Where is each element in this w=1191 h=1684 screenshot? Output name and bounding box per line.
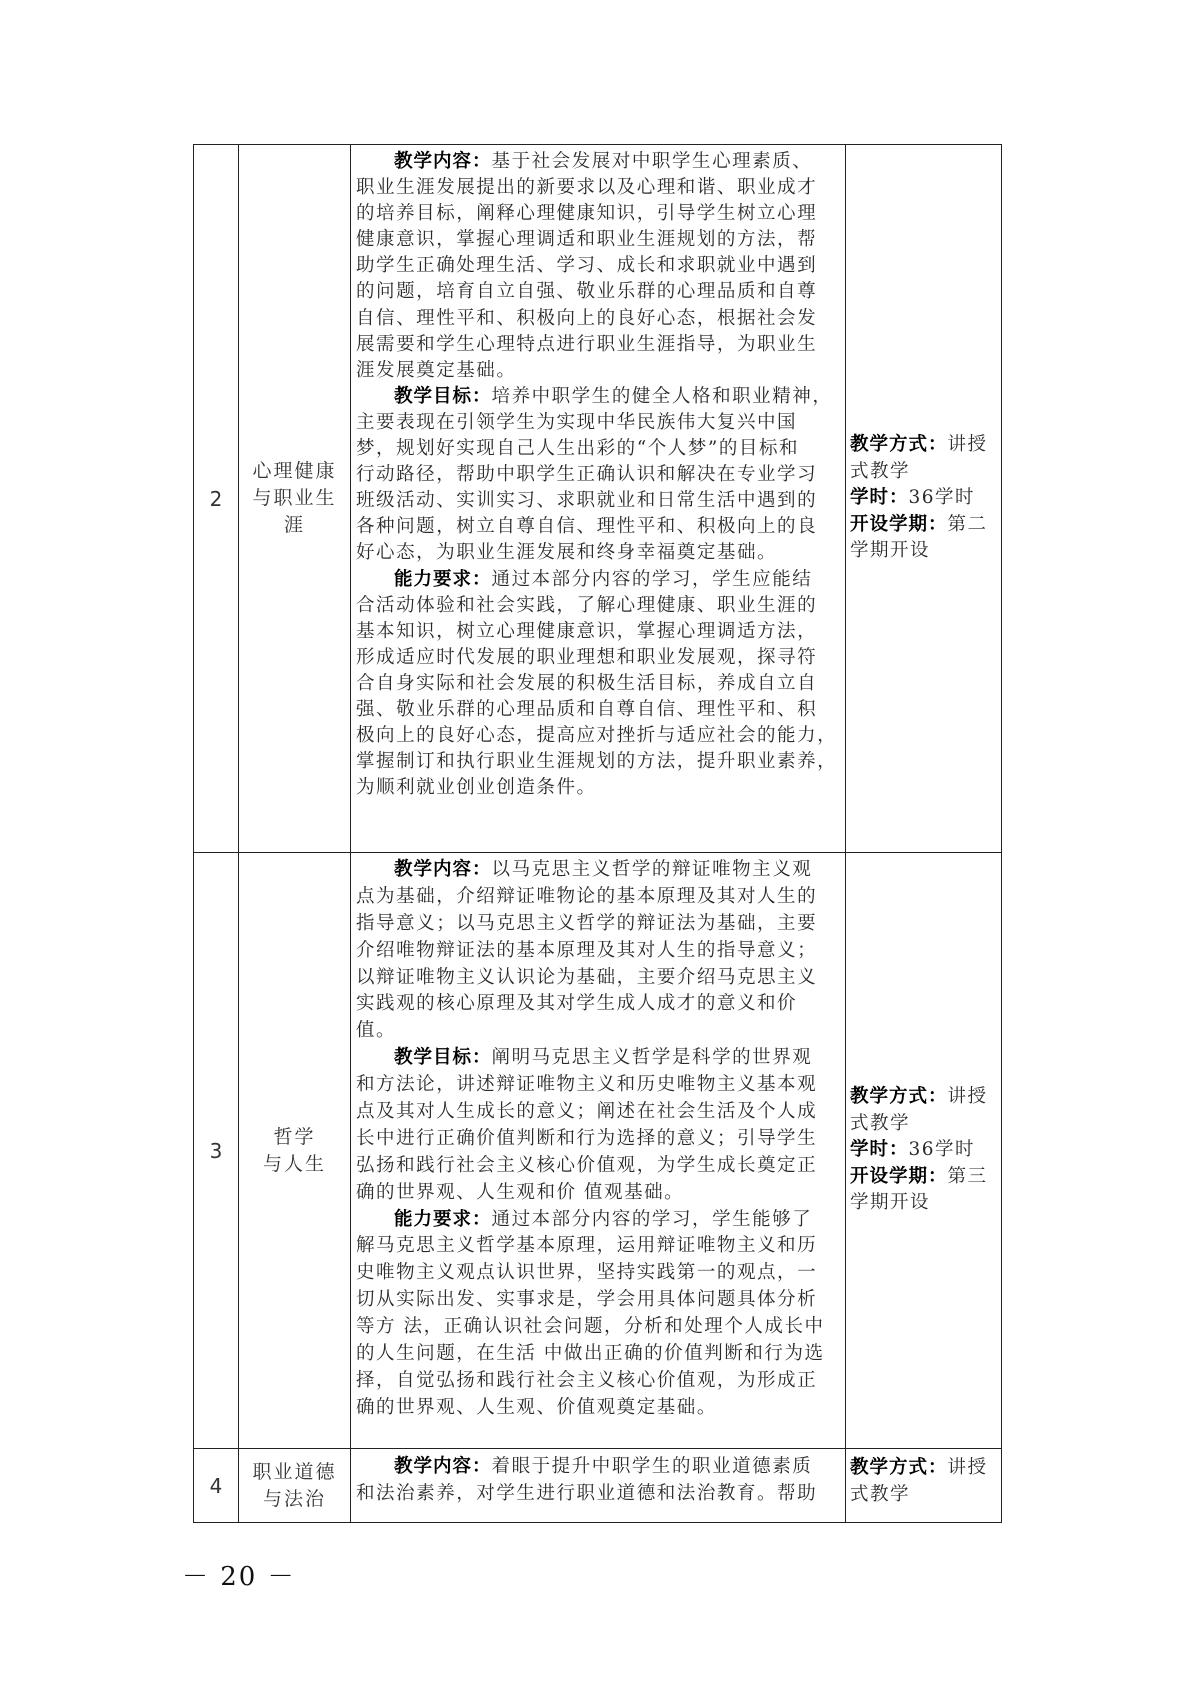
- ability-line: 的人生问题，在生活 中做出正确的价值判断和行为选: [356, 1341, 841, 1368]
- table-row: 3 哲学 与人生 教学内容：以马克思主义哲学的辩证唯物主义观 点为基础，介绍辩证…: [194, 853, 1002, 1449]
- course-name: 哲学 与人生: [239, 853, 351, 1449]
- course-name: 心理健康 与职业生 涯: [239, 145, 351, 853]
- course-info: 教学方式：讲授 式教学: [846, 1449, 1002, 1523]
- table-row: 2 心理健康 与职业生 涯 教学内容：基于社会发展对中职学生心理素质、 职业生涯…: [194, 145, 1002, 853]
- content-label: 教学内容：: [394, 1456, 492, 1477]
- ability-line: 合自身实际和社会发展的积极生活目标，养成自立自: [356, 671, 841, 697]
- content-label: 教学内容：: [394, 859, 492, 880]
- content-line: 涯发展奠定基础。: [356, 358, 841, 384]
- course-info: 教学方式：讲授 式教学 学时：36学时 开设学期：第三 学期开设: [846, 853, 1002, 1449]
- ability-line: 基本知识，树立心理健康意识，掌握心理调适方法，: [356, 619, 841, 645]
- goal-line: 好心态，为职业生涯发展和终身幸福奠定基础。: [356, 540, 841, 566]
- ability-line: 强、敬业乐群的心理品质和自尊自信、理性平和、积: [356, 697, 841, 723]
- course-name: 职业道德 与法治: [239, 1449, 351, 1523]
- goal-line: 班级活动、实训实习、求职就业和日常生活中遇到的: [356, 488, 841, 514]
- table-row: 4 职业道德 与法治 教学内容：着眼于提升中职学生的职业道德素质 和法治素养，对…: [194, 1449, 1002, 1523]
- ability-line: 能力要求：通过本部分内容的学习，学生应能结: [356, 567, 841, 593]
- semester-label: 开设学期：: [850, 514, 948, 535]
- method-label: 教学方式：: [850, 434, 948, 455]
- hours-line: 学时：36学时: [850, 1137, 998, 1164]
- method-line: 教学方式：讲授: [850, 432, 998, 459]
- ability-line: 等方 法，正确认识社会问题，分析和处理个人成长中: [356, 1314, 841, 1341]
- method-label: 教学方式：: [850, 1457, 948, 1478]
- ability-label: 能力要求：: [394, 1209, 492, 1230]
- content-label: 教学内容：: [394, 151, 492, 172]
- goal-line: 行动路径，帮助中职学生正确认识和解决在专业学习: [356, 462, 841, 488]
- content-line: 教学内容：着眼于提升中职学生的职业道德素质: [356, 1453, 841, 1480]
- row-number: 2: [194, 145, 239, 853]
- ability-line: 确的世界观、人生观、价值观奠定基础。: [356, 1395, 841, 1422]
- course-name-line: 哲学: [273, 1126, 315, 1148]
- goal-line: 和方法论，讲述辩证唯物主义和历史唯物主义基本观: [356, 1072, 841, 1099]
- course-name-line: 涯: [284, 514, 305, 536]
- semester-label: 开设学期：: [850, 1166, 948, 1187]
- semester-line: 学期开设: [850, 1190, 998, 1217]
- method-line: 教学方式：讲授: [850, 1455, 998, 1482]
- semester-line: 开设学期：第三: [850, 1164, 998, 1191]
- document-page: 2 心理健康 与职业生 涯 教学内容：基于社会发展对中职学生心理素质、 职业生涯…: [0, 0, 1191, 1684]
- ability-line: 极向上的良好心态，提高应对挫折与适应社会的能力，: [356, 723, 841, 749]
- course-name-line: 心理健康: [252, 460, 336, 482]
- content-line: 的培养目标，阐释心理健康知识，引导学生树立心理: [356, 201, 841, 227]
- content-line: 助学生正确处理生活、学习、成长和求职就业中遇到: [356, 253, 841, 279]
- hours-label: 学时：: [850, 1139, 909, 1160]
- goal-line: 教学目标：培养中职学生的健全人格和职业精神，: [356, 384, 841, 410]
- course-name-line: 与职业生: [252, 487, 336, 509]
- content-line: 和法治素养，对学生进行职业道德和法治教育。帮助: [356, 1480, 841, 1507]
- content-line: 指导意义；以马克思主义哲学的辩证法为基础，主要: [356, 911, 841, 938]
- page-number: － 20 －: [182, 1556, 296, 1593]
- course-name-line: 与人生: [263, 1153, 326, 1175]
- goal-line: 点及其对人生成长的意义；阐述在社会生活及个人成: [356, 1099, 841, 1126]
- semester-line: 开设学期：第二: [850, 512, 998, 539]
- content-line: 介绍唯物辩证法的基本原理及其对人生的指导意义；: [356, 938, 841, 965]
- goal-line: 长中进行正确价值判断和行为选择的意义；引导学生: [356, 1126, 841, 1153]
- method-line: 式教学: [850, 1482, 998, 1509]
- content-line: 展需要和学生心理特点进行职业生涯指导，为职业生: [356, 332, 841, 358]
- goal-label: 教学目标：: [394, 386, 492, 407]
- content-line: 健康意识，掌握心理调适和职业生涯规划的方法，帮: [356, 227, 841, 253]
- course-description: 教学内容：基于社会发展对中职学生心理素质、 职业生涯发展提出的新要求以及心理和谐…: [351, 145, 846, 853]
- ability-line: 择，自觉弘扬和践行社会主义核心价值观，为形成正: [356, 1368, 841, 1395]
- semester-line: 学期开设: [850, 538, 998, 565]
- method-line: 式教学: [850, 1111, 998, 1138]
- content-line: 以辩证唯物主义认识论为基础，主要介绍马克思主义: [356, 965, 841, 992]
- content-line: 实践观的核心原理及其对学生成人成才的意义和价: [356, 991, 841, 1018]
- content-line: 教学内容：基于社会发展对中职学生心理素质、: [356, 149, 841, 175]
- goal-line: 主要表现在引领学生为实现中华民族伟大复兴中国: [356, 410, 841, 436]
- course-description: 教学内容：着眼于提升中职学生的职业道德素质 和法治素养，对学生进行职业道德和法治…: [351, 1449, 846, 1523]
- ability-line: 能力要求：通过本部分内容的学习，学生能够了: [356, 1207, 841, 1234]
- course-name-line: 职业道德: [252, 1461, 336, 1483]
- ability-line: 切从实际出发、实事求是，学会用具体问题具体分析: [356, 1287, 841, 1314]
- method-label: 教学方式：: [850, 1086, 948, 1107]
- content-line: 自信、理性平和、积极向上的良好心态，根据社会发: [356, 306, 841, 332]
- content-line: 职业生涯发展提出的新要求以及心理和谐、职业成才: [356, 175, 841, 201]
- hours-line: 学时：36学时: [850, 485, 998, 512]
- hours-label: 学时：: [850, 487, 909, 508]
- content-line: 教学内容：以马克思主义哲学的辩证唯物主义观: [356, 857, 841, 884]
- ability-line: 形成适应时代发展的职业理想和职业发展观，探寻符: [356, 645, 841, 671]
- row-number: 4: [194, 1449, 239, 1523]
- goal-line: 教学目标：阐明马克思主义哲学是科学的世界观: [356, 1045, 841, 1072]
- goal-line: 弘扬和践行社会主义核心价值观，为学生成长奠定正: [356, 1153, 841, 1180]
- ability-label: 能力要求：: [394, 569, 492, 590]
- row-number: 3: [194, 853, 239, 1449]
- course-description: 教学内容：以马克思主义哲学的辩证唯物主义观 点为基础，介绍辩证唯物论的基本原理及…: [351, 853, 846, 1449]
- course-name-line: 与法治: [263, 1488, 326, 1510]
- course-table: 2 心理健康 与职业生 涯 教学内容：基于社会发展对中职学生心理素质、 职业生涯…: [193, 144, 1002, 1523]
- content-line: 点为基础，介绍辩证唯物论的基本原理及其对人生的: [356, 884, 841, 911]
- course-info: 教学方式：讲授 式教学 学时：36学时 开设学期：第二 学期开设: [846, 145, 1002, 853]
- ability-line: 解马克思主义哲学基本原理，运用辩证唯物主义和历: [356, 1233, 841, 1260]
- method-line: 式教学: [850, 459, 998, 486]
- goal-line: 各种问题，树立自尊自信、理性平和、积极向上的良: [356, 514, 841, 540]
- ability-line: 合活动体验和社会实践，了解心理健康、职业生涯的: [356, 593, 841, 619]
- content-line: 的问题，培育自立自强、敬业乐群的心理品质和自尊: [356, 279, 841, 305]
- goal-line: 梦，规划好实现自己人生出彩的“个人梦”的目标和: [356, 436, 841, 462]
- ability-line: 史唯物主义观点认识世界，坚持实践第一的观点，一: [356, 1260, 841, 1287]
- ability-line: 为顺利就业创业创造条件。: [356, 775, 841, 801]
- goal-label: 教学目标：: [394, 1047, 492, 1068]
- content-line: 值。: [356, 1018, 841, 1045]
- method-line: 教学方式：讲授: [850, 1084, 998, 1111]
- goal-line: 确的世界观、人生观和价 值观基础。: [356, 1180, 841, 1207]
- ability-line: 掌握制订和执行职业生涯规划的方法，提升职业素养，: [356, 749, 841, 775]
